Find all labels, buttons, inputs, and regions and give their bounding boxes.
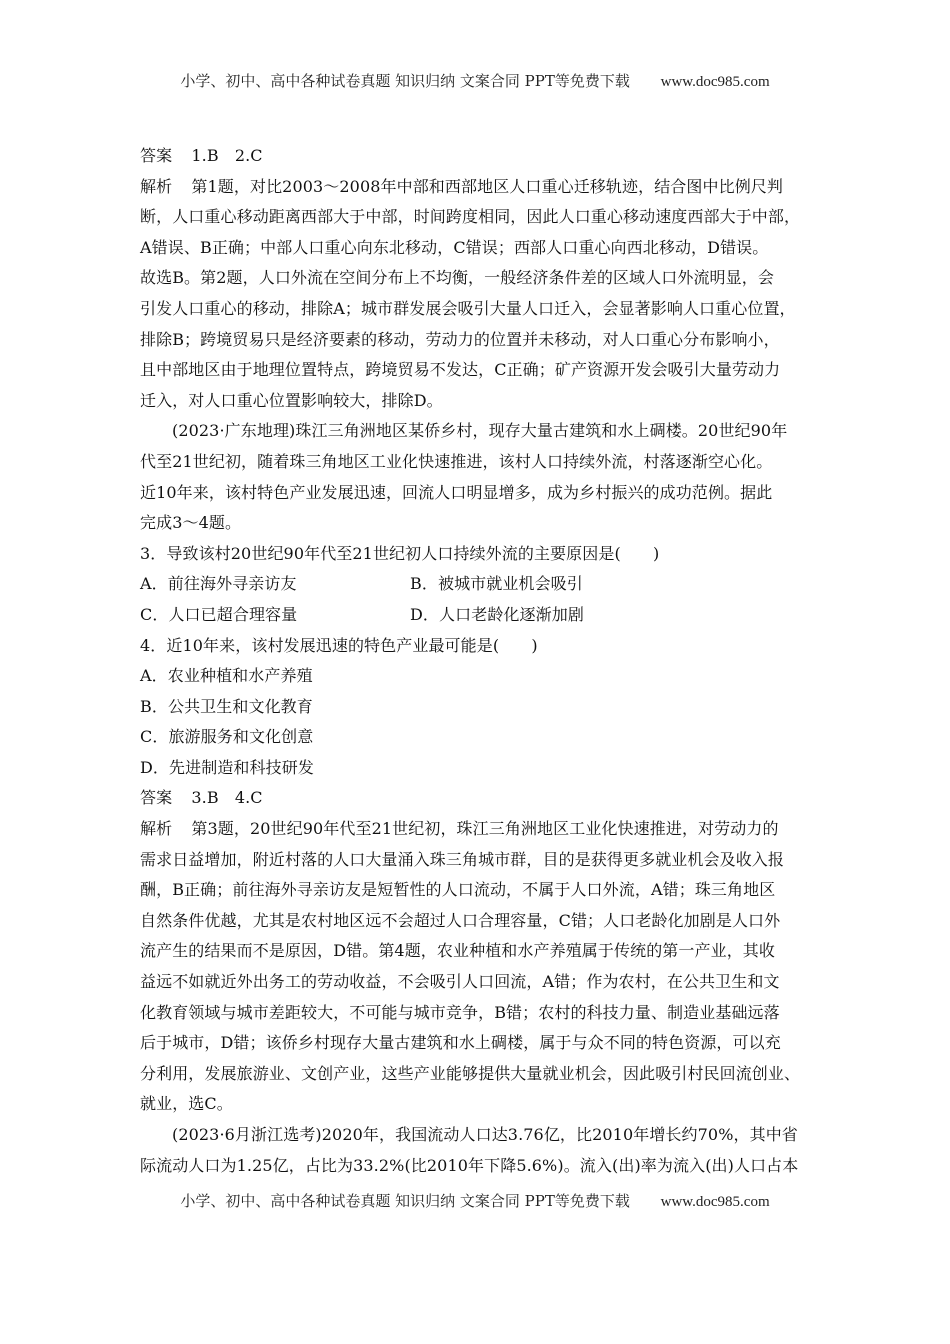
option-text: 农业种植和水产养殖	[168, 666, 313, 685]
option-c[interactable]: C．人口已超合理容量	[140, 600, 410, 631]
analysis-line: 解析 第3题，20世纪90年代至21世纪初，珠江三角洲地区工业化快速推进，对劳动…	[140, 814, 820, 845]
answer-value: 1.B 2.C	[191, 146, 262, 165]
analysis-line: 后于城市，D错；该侨乡村现存大量古建筑和水上碉楼，属于与众不同的特色资源，可以充	[140, 1028, 820, 1059]
document-body: 答案 1.B 2.C 解析 第1题，对比2003～2008年中部和西部地区人口重…	[140, 141, 820, 1181]
answer-line-2: 答案 3.B 4.C	[140, 783, 820, 814]
passage-line: (2023·6月浙江选考)2020年，我国流动人口达3.76亿，比2010年增长…	[140, 1120, 820, 1151]
option-b[interactable]: B．公共卫生和文化教育	[140, 692, 820, 723]
option-b[interactable]: B．被城市就业机会吸引	[410, 569, 583, 600]
analysis-line: 流产生的结果而不是原因，D错。第4题，农业种植和水产养殖属于传统的第一产业，其收	[140, 936, 820, 967]
option-d[interactable]: D．人口老龄化逐渐加剧	[410, 600, 584, 631]
option-text: 人口老龄化逐渐加剧	[439, 600, 584, 631]
option-label: C．	[140, 727, 168, 746]
passage-line: 代至21世纪初，随着珠三角地区工业化快速推进，该村人口持续外流，村落逐渐空心化。	[140, 447, 820, 478]
analysis-line: 就业，选C。	[140, 1089, 820, 1120]
footer-url[interactable]: www.doc985.com	[661, 1194, 770, 1210]
analysis-line: 化教育领域与城市差距较大，不可能与城市竞争，B错；农村的科技力量、制造业基础远落	[140, 998, 820, 1029]
answer-line-1: 答案 1.B 2.C	[140, 141, 820, 172]
question-3-options-row-1: A．前往海外寻亲访友 B．被城市就业机会吸引	[140, 569, 820, 600]
analysis-line: 益远不如就近外出务工的劳动收益，不会吸引人口回流，A错；作为农村，在公共卫生和文	[140, 967, 820, 998]
page-footer: 小学、初中、高中各种试卷真题 知识归纳 文案合同 PPT等免费下载 www.do…	[0, 1190, 950, 1211]
page-header: 小学、初中、高中各种试卷真题 知识归纳 文案合同 PPT等免费下载 www.do…	[0, 70, 950, 91]
passage-line: 际流动人口为1.25亿，占比为33.2%(比2010年下降5.6%)。流入(出)…	[140, 1151, 820, 1182]
analysis-line: 解析 第1题，对比2003～2008年中部和西部地区人口重心迁移轨迹，结合图中比…	[140, 172, 820, 203]
question-4-stem: 4．近10年来，该村发展迅速的特色产业最可能是( )	[140, 631, 820, 662]
header-text: 小学、初中、高中各种试卷真题 知识归纳 文案合同 PPT等免费下载	[180, 72, 630, 90]
analysis-line: 酬，B正确；前往海外寻亲访友是短暂性的人口流动，不属于人口外流，A错；珠三角地区	[140, 875, 820, 906]
option-label: B．	[410, 569, 438, 600]
question-3-options-row-2: C．人口已超合理容量 D．人口老龄化逐渐加剧	[140, 600, 820, 631]
option-text: 被城市就业机会吸引	[438, 569, 583, 600]
analysis-line: 断，人口重心移动距离西部大于中部，时间跨度相同，因此人口重心移动速度西部大于中部…	[140, 202, 820, 233]
passage-line: (2023·广东地理)珠江三角洲地区某侨乡村，现存大量古建筑和水上碉楼。20世纪…	[140, 416, 820, 447]
analysis-line: 迁入，对人口重心位置影响较大，排除D。	[140, 386, 820, 417]
analysis-line: 故选B。第2题，人口外流在空间分布上不均衡，一般经济条件差的区域人口外流明显，会	[140, 263, 820, 294]
option-label: A．	[140, 569, 168, 600]
option-text: 公共卫生和文化教育	[168, 697, 313, 716]
option-text: 旅游服务和文化创意	[168, 727, 313, 746]
analysis-line: 排除B；跨境贸易只是经济要素的移动，劳动力的位置并未移动，对人口重心分布影响小，	[140, 325, 820, 356]
option-label: A．	[140, 666, 168, 685]
option-a[interactable]: A．农业种植和水产养殖	[140, 661, 820, 692]
option-label: D．	[410, 600, 439, 631]
analysis-label: 解析	[140, 819, 172, 838]
answer-label: 答案	[140, 788, 172, 807]
analysis-line: 引发人口重心的移动，排除A；城市群发展会吸引大量人口迁入，会显著影响人口重心位置…	[140, 294, 820, 325]
analysis-line: 分利用，发展旅游业、文创产业，这些产业能够提供大量就业机会，因此吸引村民回流创业…	[140, 1059, 820, 1090]
option-d[interactable]: D．先进制造和科技研发	[140, 753, 820, 784]
option-text: 人口已超合理容量	[168, 600, 297, 631]
option-label: D．	[140, 758, 169, 777]
analysis-line: 且中部地区由于地理位置特点，跨境贸易不发达，C正确；矿产资源开发会吸引大量劳动力	[140, 355, 820, 386]
analysis-line: 需求日益增加，附近村落的人口大量涌入珠三角城市群，目的是获得更多就业机会及收入报	[140, 845, 820, 876]
analysis-line: 自然条件优越，尤其是农村地区远不会超过人口合理容量，C错；人口老龄化加剧是人口外	[140, 906, 820, 937]
option-text: 前往海外寻亲访友	[168, 569, 297, 600]
passage-line: 完成3～4题。	[140, 508, 820, 539]
option-label: B．	[140, 697, 168, 716]
option-c[interactable]: C．旅游服务和文化创意	[140, 722, 820, 753]
analysis-label: 解析	[140, 177, 172, 196]
analysis-text: 第3题，20世纪90年代至21世纪初，珠江三角洲地区工业化快速推进，对劳动力的	[191, 819, 778, 838]
footer-text: 小学、初中、高中各种试卷真题 知识归纳 文案合同 PPT等免费下载	[180, 1192, 630, 1210]
option-a[interactable]: A．前往海外寻亲访友	[140, 569, 410, 600]
analysis-line: A错误、B正确；中部人口重心向东北移动，C错误；西部人口重心向西北移动，D错误。	[140, 233, 820, 264]
answer-value: 3.B 4.C	[191, 788, 262, 807]
option-label: C．	[140, 600, 168, 631]
option-text: 先进制造和科技研发	[169, 758, 314, 777]
header-url[interactable]: www.doc985.com	[661, 74, 770, 90]
passage-line: 近10年来，该村特色产业发展迅速，回流人口明显增多，成为乡村振兴的成功范例。据此	[140, 478, 820, 509]
analysis-text: 第1题，对比2003～2008年中部和西部地区人口重心迁移轨迹，结合图中比例尺判	[191, 177, 783, 196]
answer-label: 答案	[140, 146, 172, 165]
question-3-stem: 3．导致该村20世纪90年代至21世纪初人口持续外流的主要原因是( )	[140, 539, 820, 570]
